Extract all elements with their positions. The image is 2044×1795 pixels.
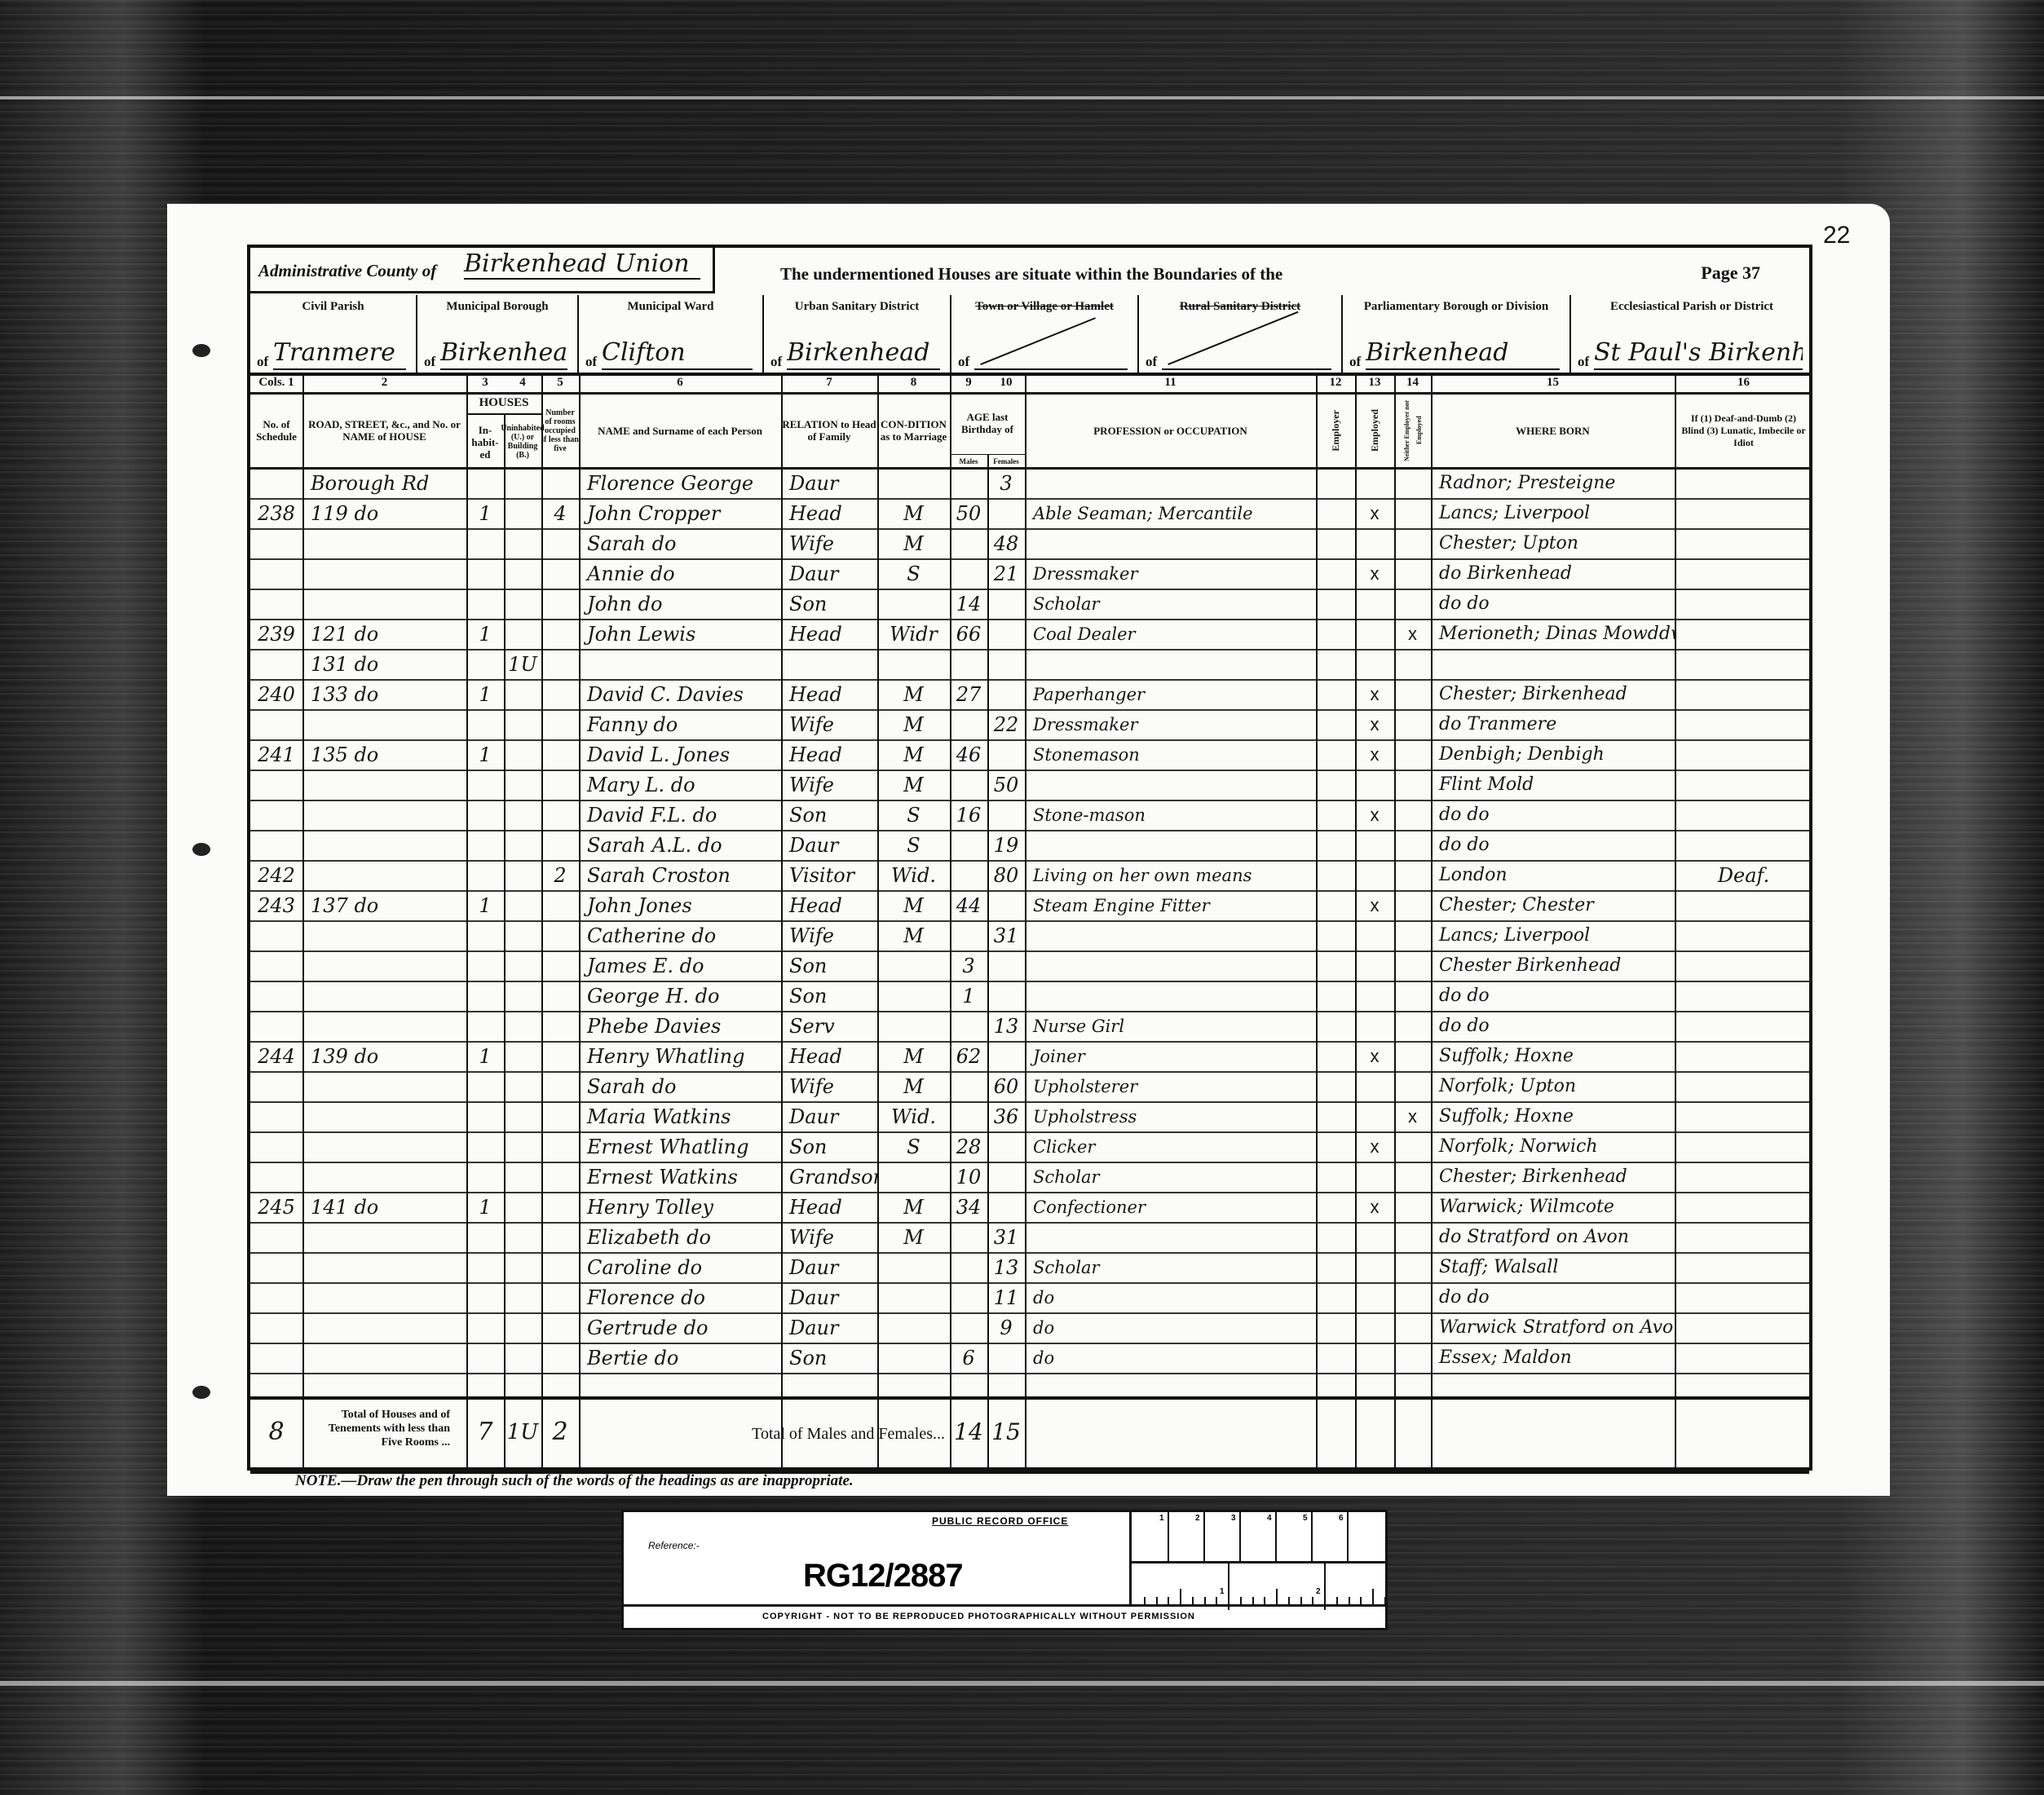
cell-rooms: 4 xyxy=(541,499,579,528)
total-houses-label: Total of Houses and of Tenements with le… xyxy=(311,1408,450,1449)
column-number: 15 xyxy=(1431,376,1675,390)
cell-male-age: 44 xyxy=(950,891,987,920)
cell-name: Sarah do xyxy=(579,1072,781,1101)
cell-female-age: 50 xyxy=(987,770,1025,800)
cell-name: John Cropper xyxy=(579,499,781,528)
table-row: 238119 do14John CropperHeadM50Able Seama… xyxy=(250,499,1809,529)
cell-male-age: 66 xyxy=(950,620,987,649)
area-value: Birkenhead xyxy=(1366,337,1560,370)
cell-schedule: 239 xyxy=(250,620,302,649)
cell-infirmity: Deaf. xyxy=(1675,861,1812,890)
cell-where-born: Flint Mold xyxy=(1431,770,1675,800)
header-houses: HOUSES xyxy=(466,394,541,412)
table-row: 243137 do1John JonesHeadM44Steam Engine … xyxy=(250,891,1809,921)
ruler-cm-label: 1 xyxy=(1159,1514,1164,1523)
area-rural-sanitary-district: Rural Sanitary Districtof xyxy=(1139,295,1343,375)
cell-relation: Head xyxy=(781,1193,877,1222)
header-relation: RELATION to Head of Family xyxy=(781,392,877,469)
cell-employed: x xyxy=(1355,559,1394,589)
cell-employed: x xyxy=(1355,1132,1394,1162)
cell-inhabited: 1 xyxy=(466,499,504,528)
county-value: Birkenhead Union xyxy=(464,249,700,280)
table-row: David F.L. doSonS16Stone-masonxdo do xyxy=(250,800,1809,831)
cell-relation: Daur xyxy=(781,831,877,860)
table-row: Sarah doWifeM60UpholstererNorfolk; Upton xyxy=(250,1072,1809,1102)
cell-name: David L. Jones xyxy=(579,740,781,770)
table-row: Ernest WatkinsGrandson10ScholarChester; … xyxy=(250,1162,1809,1193)
ruler-cm-line xyxy=(1347,1512,1349,1561)
cell-male-age: 27 xyxy=(950,680,987,709)
total-persons-label: Total of Males and Females... xyxy=(579,1419,945,1449)
cell-where-born: Norfolk; Upton xyxy=(1431,1072,1675,1101)
table-row: 245141 do1Henry TolleyHeadM34Confectione… xyxy=(250,1193,1809,1223)
cell-female-age: 48 xyxy=(987,529,1025,558)
cell-road: 137 do xyxy=(302,891,466,920)
cell-male-age: 14 xyxy=(950,589,987,619)
table-row: Borough RdFlorence GeorgeDaur3Radnor; Pr… xyxy=(250,469,1809,499)
of-label: of xyxy=(257,354,268,370)
table-row: Catherine doWifeM31Lancs; Liverpool xyxy=(250,921,1809,951)
page-label: Page 37 xyxy=(1701,262,1760,284)
cell-inhabited: 1 xyxy=(466,620,504,649)
cell-relation: Visitor xyxy=(781,861,877,890)
cell-where-born: do do xyxy=(1431,981,1675,1011)
table-row: Sarah A.L. doDaurS19do do xyxy=(250,831,1809,861)
cell-occupation: Dressmaker xyxy=(1025,559,1316,589)
cell-relation: Wife xyxy=(781,1072,877,1101)
cell-female-age: 13 xyxy=(987,1012,1025,1041)
area-title: Municipal Ward xyxy=(579,300,762,314)
cell-where-born: Staff; Walsall xyxy=(1431,1253,1675,1282)
cell-road: 119 do xyxy=(302,499,466,528)
cell-female-age: 31 xyxy=(987,921,1025,950)
scale-ruler: 12345612 xyxy=(1129,1512,1385,1607)
cell-female-age: 36 xyxy=(987,1102,1025,1131)
total-females: 15 xyxy=(987,1418,1025,1447)
cell-name: George H. do xyxy=(579,981,781,1011)
cell-condition: M xyxy=(877,529,950,558)
cell-name: Caroline do xyxy=(579,1253,781,1282)
cell-male-age: 62 xyxy=(950,1042,987,1071)
table-row: 2422Sarah CrostonVisitorWid.80Living on … xyxy=(250,861,1809,891)
cell-where-born: do do xyxy=(1431,831,1675,860)
cell-occupation: Scholar xyxy=(1025,1253,1316,1282)
cell-name: Elizabeth do xyxy=(579,1223,781,1252)
cell-relation: Wife xyxy=(781,921,877,950)
table-row: James E. doSon3Chester Birkenhead xyxy=(250,951,1809,981)
cell-employed: x xyxy=(1355,680,1394,709)
table-row: Sarah doWifeM48Chester; Upton xyxy=(250,529,1809,559)
of-label: of xyxy=(1578,354,1589,370)
cell-inhabited: 1 xyxy=(466,740,504,770)
cell-name: Annie do xyxy=(579,559,781,589)
ruler-cm-line xyxy=(1275,1512,1277,1561)
header-neither-text: Neither Employer nor Employed xyxy=(1401,392,1425,469)
column-number: 3 xyxy=(466,376,504,390)
cell-relation: Daur xyxy=(781,1313,877,1343)
cell-road: 133 do xyxy=(302,680,466,709)
cell-condition: S xyxy=(877,800,950,830)
cell-name: Maria Watkins xyxy=(579,1102,781,1131)
cell-relation: Son xyxy=(781,1132,877,1162)
cell-employed: x xyxy=(1355,800,1394,830)
table-row: 131 do1U xyxy=(250,650,1809,680)
copyright-notice: COPYRIGHT - NOT TO BE REPRODUCED PHOTOGR… xyxy=(624,1604,1385,1628)
cell-schedule: 243 xyxy=(250,891,302,920)
cell-relation: Son xyxy=(781,800,877,830)
cell-name: Sarah A.L. do xyxy=(579,831,781,860)
cell-relation: Son xyxy=(781,981,877,1011)
cell-road: 131 do xyxy=(302,650,466,679)
cell-condition: M xyxy=(877,1223,950,1252)
cell-road: 135 do xyxy=(302,740,466,770)
cell-male-age: 10 xyxy=(950,1162,987,1192)
area-municipal-ward: Municipal WardofClifton xyxy=(579,295,764,375)
area-value: Clifton xyxy=(602,337,753,370)
scan-streak xyxy=(0,1681,2044,1686)
table-row: George H. doSon1do do xyxy=(250,981,1809,1012)
cell-female-age: 13 xyxy=(987,1253,1025,1282)
area-title: Urban Sanitary District xyxy=(764,300,950,314)
cell-relation: Grandson xyxy=(781,1162,877,1192)
cell-relation: Serv xyxy=(781,1012,877,1041)
of-label: of xyxy=(1349,354,1361,370)
area-title: Civil Parish xyxy=(250,300,416,314)
cell-where-born: do do xyxy=(1431,1283,1675,1312)
cell-name: Ernest Whatling xyxy=(579,1132,781,1162)
column-number: 7 xyxy=(781,376,877,390)
cell-male-age: 34 xyxy=(950,1193,987,1222)
cell-occupation: do xyxy=(1025,1283,1316,1312)
header-road: ROAD, STREET, &c., and No. or NAME of HO… xyxy=(302,392,466,469)
cell-where-born: London xyxy=(1431,861,1675,890)
cell-condition: S xyxy=(877,1132,950,1162)
cell-female-age: 19 xyxy=(987,831,1025,860)
footnote: NOTE.—Draw the pen through such of the w… xyxy=(295,1472,854,1490)
cell-name: John do xyxy=(579,589,781,619)
county-box: Administrative County of Birkenhead Unio… xyxy=(250,248,715,293)
cell-condition: M xyxy=(877,710,950,739)
cell-relation: Son xyxy=(781,589,877,619)
cell-occupation: Coal Dealer xyxy=(1025,620,1316,649)
cell-employed: x xyxy=(1355,740,1394,770)
cell-condition: S xyxy=(877,559,950,589)
table-row: 239121 do1John LewisHeadWidr66Coal Deale… xyxy=(250,620,1809,650)
area-value xyxy=(1162,368,1331,370)
cell-occupation: Upholsterer xyxy=(1025,1072,1316,1101)
cell-where-born: Warwick Stratford on Avon xyxy=(1431,1313,1675,1343)
cell-condition: M xyxy=(877,1193,950,1222)
column-number: 13 xyxy=(1355,376,1394,390)
cell-name: David C. Davies xyxy=(579,680,781,709)
of-label: of xyxy=(585,354,597,370)
cell-occupation: do xyxy=(1025,1313,1316,1343)
cell-where-born: Suffolk; Hoxne xyxy=(1431,1102,1675,1131)
cell-name: Florence do xyxy=(579,1283,781,1312)
header-employer: Employer xyxy=(1316,392,1355,469)
header-neither: Neither Employer nor Employed xyxy=(1394,392,1431,469)
of-label: of xyxy=(958,354,969,370)
table-row: Florence doDaur11dodo do xyxy=(250,1283,1809,1313)
column-number: 10 xyxy=(987,376,1025,390)
cell-condition: M xyxy=(877,499,950,528)
cell-male-age: 6 xyxy=(950,1343,987,1373)
cell-name: Sarah do xyxy=(579,529,781,558)
cell-where-born: Denbigh; Denbigh xyxy=(1431,740,1675,770)
area-urban-sanitary-district: Urban Sanitary DistrictofBirkenhead xyxy=(764,295,951,375)
column-number: 2 xyxy=(302,376,466,390)
cell-occupation: Paperhanger xyxy=(1025,680,1316,709)
cell-name: Phebe Davies xyxy=(579,1012,781,1041)
cell-uninhabited: 1U xyxy=(504,650,541,679)
cell-male-age: 50 xyxy=(950,499,987,528)
header-employer-text: Employer xyxy=(1330,410,1342,452)
cell-condition: M xyxy=(877,921,950,950)
strike-line xyxy=(980,317,1096,365)
county-label: Administrative County of xyxy=(258,261,436,281)
area-ecclesiastical-parish-or-district: Ecclesiastical Parish or DistrictofSt Pa… xyxy=(1571,295,1812,375)
reference-label: Reference:- xyxy=(648,1540,700,1551)
header-employed: Employed xyxy=(1355,392,1394,469)
cell-relation: Head xyxy=(781,499,877,528)
header-where_born: WHERE BORN xyxy=(1431,392,1675,469)
cell-employed: x xyxy=(1355,710,1394,739)
cell-occupation: Dressmaker xyxy=(1025,710,1316,739)
cell-male-age: 46 xyxy=(950,740,987,770)
cell-condition: M xyxy=(877,770,950,800)
cell-female-age: 9 xyxy=(987,1313,1025,1343)
area-value: Birkenhead xyxy=(787,337,940,370)
cell-schedule: 244 xyxy=(250,1042,302,1071)
area-title: Parliamentary Borough or Division xyxy=(1343,300,1569,314)
area-value: Birkenhead xyxy=(440,337,567,370)
cell-condition: Wid. xyxy=(877,861,950,890)
cell-where-born: Lancs; Liverpool xyxy=(1431,921,1675,950)
cell-inhabited: 1 xyxy=(466,1042,504,1071)
cell-occupation: Scholar xyxy=(1025,589,1316,619)
cell-female-age: 22 xyxy=(987,710,1025,739)
cell-male-age: 1 xyxy=(950,981,987,1011)
total-males: 14 xyxy=(950,1418,987,1447)
cell-where-born: Chester; Birkenhead xyxy=(1431,680,1675,709)
cell-schedule: 242 xyxy=(250,861,302,890)
area-value: Tranmere xyxy=(273,337,406,370)
header-employed-text: Employed xyxy=(1369,409,1381,452)
cell-relation: Daur xyxy=(781,1283,877,1312)
column-number: Cols. 1 xyxy=(250,376,302,390)
cell-relation: Head xyxy=(781,740,877,770)
cell-employed: x xyxy=(1355,1193,1394,1222)
ruler-inch-label: 1 xyxy=(1220,1587,1225,1596)
cell-where-born: Chester Birkenhead xyxy=(1431,951,1675,981)
cell-relation: Head xyxy=(781,1042,877,1071)
area-title: Ecclesiastical Parish or District xyxy=(1571,300,1812,314)
cell-name: Sarah Croston xyxy=(579,861,781,890)
cell-where-born: do do xyxy=(1431,1012,1675,1041)
area-title: Town or Village or Hamlet xyxy=(951,300,1137,314)
cell-name: Henry Whatling xyxy=(579,1042,781,1071)
area-municipal-borough: Municipal BoroughofBirkenhead xyxy=(417,295,579,375)
total-uninhabited: 1U xyxy=(504,1418,541,1447)
cell-occupation: Upholstress xyxy=(1025,1102,1316,1131)
cell-where-born: do do xyxy=(1431,589,1675,619)
area-town-or-village-or-hamlet: Town or Village or Hamletof xyxy=(951,295,1139,375)
reference-code: RG12/2887 xyxy=(803,1558,963,1594)
table-row: Ernest WhatlingSonS28ClickerxNorfolk; No… xyxy=(250,1132,1809,1162)
cell-neither: x xyxy=(1394,1102,1431,1131)
area-parliamentary-borough-or-division: Parliamentary Borough or DivisionofBirke… xyxy=(1343,295,1571,375)
cell-where-born: do Tranmere xyxy=(1431,710,1675,739)
cell-where-born: do Birkenhead xyxy=(1431,559,1675,589)
column-number: 6 xyxy=(579,376,781,390)
header-condition: CON-DITION as to Marriage xyxy=(877,392,950,469)
cell-employed: x xyxy=(1355,499,1394,528)
cell-name: Florence George xyxy=(579,469,781,498)
cell-occupation: Clicker xyxy=(1025,1132,1316,1162)
total-schedules: 8 xyxy=(250,1418,302,1447)
divider xyxy=(250,1396,1809,1400)
header-schedule: No. of Schedule xyxy=(250,392,302,469)
cell-condition: Widr xyxy=(877,620,950,649)
ruler-cm-line xyxy=(1311,1512,1313,1561)
header-rooms: Number of rooms occupied if less than fi… xyxy=(541,392,579,469)
cell-relation: Head xyxy=(781,680,877,709)
column-number: 12 xyxy=(1316,376,1355,390)
of-label: of xyxy=(424,354,435,370)
area-value xyxy=(974,368,1128,370)
cell-occupation: Joiner xyxy=(1025,1042,1316,1071)
cell-name: Gertrude do xyxy=(579,1313,781,1343)
cell-where-born: Chester; Upton xyxy=(1431,529,1675,558)
cell-male-age: 16 xyxy=(950,800,987,830)
table-row: 240133 do1David C. DaviesHeadM27Paperhan… xyxy=(250,680,1809,710)
column-number: 4 xyxy=(504,376,541,390)
row-rule xyxy=(250,1373,1809,1374)
cell-road: 139 do xyxy=(302,1042,466,1071)
cell-male-age: 3 xyxy=(950,951,987,981)
cell-where-born: Radnor; Presteigne xyxy=(1431,469,1675,498)
cell-occupation: Living on her own means xyxy=(1025,861,1316,890)
header-inhabited: In-habit-ed xyxy=(466,415,504,469)
column-number: 16 xyxy=(1675,376,1812,390)
cell-relation: Son xyxy=(781,951,877,981)
ruler-cm-label: 4 xyxy=(1267,1514,1272,1523)
cell-occupation: Nurse Girl xyxy=(1025,1012,1316,1041)
cell-inhabited: 1 xyxy=(466,891,504,920)
cell-name: Bertie do xyxy=(579,1343,781,1373)
cell-female-age: 11 xyxy=(987,1283,1025,1312)
header-name: NAME and Surname of each Person xyxy=(579,392,781,469)
ruler-inch-label: 2 xyxy=(1316,1587,1321,1596)
cell-relation: Wife xyxy=(781,770,877,800)
cell-condition: M xyxy=(877,1072,950,1101)
column-number: 8 xyxy=(877,376,950,390)
scan-streak xyxy=(0,96,2044,99)
area-value: St Paul's Birkenhead xyxy=(1594,337,1803,370)
cell-where-born: Chester; Birkenhead xyxy=(1431,1162,1675,1192)
ruler-cm-line xyxy=(1203,1512,1205,1561)
cell-schedule: 238 xyxy=(250,499,302,528)
cell-employed: x xyxy=(1355,1042,1394,1071)
cell-schedule: 245 xyxy=(250,1193,302,1222)
ruler-cm-label: 6 xyxy=(1339,1514,1344,1523)
table-row: John doSon14Scholardo do xyxy=(250,589,1809,620)
cell-name: John Lewis xyxy=(579,620,781,649)
cell-where-born: Chester; Chester xyxy=(1431,891,1675,920)
punch-hole xyxy=(192,1386,210,1399)
column-number: 11 xyxy=(1025,376,1316,390)
cell-relation: Wife xyxy=(781,710,877,739)
cell-occupation: do xyxy=(1025,1343,1316,1373)
census-form: Administrative County of Birkenhead Unio… xyxy=(247,245,1812,1471)
ruler-cm-line xyxy=(1239,1512,1241,1561)
total-rooms: 2 xyxy=(541,1418,579,1447)
cell-inhabited: 1 xyxy=(466,1193,504,1222)
ruler-cm-line xyxy=(1168,1512,1169,1561)
cell-name: Catherine do xyxy=(579,921,781,950)
cell-female-age: 60 xyxy=(987,1072,1025,1101)
cell-relation: Daur xyxy=(781,559,877,589)
table-row: Caroline doDaur13ScholarStaff; Walsall xyxy=(250,1253,1809,1283)
cell-employed: x xyxy=(1355,891,1394,920)
cell-condition: M xyxy=(877,1042,950,1071)
cell-relation: Daur xyxy=(781,1253,877,1282)
total-inhabited: 7 xyxy=(466,1418,504,1447)
table-row: Elizabeth doWifeM31do Stratford on Avon xyxy=(250,1223,1809,1253)
cell-occupation: Confectioner xyxy=(1025,1193,1316,1222)
cell-where-born: do do xyxy=(1431,800,1675,830)
cell-name: John Jones xyxy=(579,891,781,920)
reference-card: PUBLIC RECORD OFFICE Reference:- RG12/28… xyxy=(621,1510,1388,1630)
cell-road: 141 do xyxy=(302,1193,466,1222)
cell-condition: S xyxy=(877,831,950,860)
cell-inhabited: 1 xyxy=(466,680,504,709)
punch-hole xyxy=(192,843,210,856)
cell-relation: Daur xyxy=(781,469,877,498)
cell-occupation: Able Seaman; Mercantile xyxy=(1025,499,1316,528)
table-row: Fanny doWifeM22Dressmakerxdo Tranmere xyxy=(250,710,1809,740)
cell-schedule: 240 xyxy=(250,680,302,709)
table-row: Phebe DaviesServ13Nurse Girldo do xyxy=(250,1012,1809,1042)
cell-female-age: 80 xyxy=(987,861,1025,890)
cell-relation: Wife xyxy=(781,1223,877,1252)
area-title: Municipal Borough xyxy=(417,300,577,314)
ruler-cm-label: 5 xyxy=(1303,1514,1308,1523)
cell-where-born: Essex; Maldon xyxy=(1431,1343,1675,1373)
folio-number: 22 xyxy=(1823,222,1850,249)
cell-name: Mary L. do xyxy=(579,770,781,800)
cell-occupation: Stone-mason xyxy=(1025,800,1316,830)
area-title: Rural Sanitary District xyxy=(1139,300,1341,314)
cell-female-age: 3 xyxy=(987,469,1025,498)
cell-rooms: 2 xyxy=(541,861,579,890)
column-number: 14 xyxy=(1394,376,1431,390)
cell-condition: M xyxy=(877,891,950,920)
cell-where-born: do Stratford on Avon xyxy=(1431,1223,1675,1252)
header-infirmity: If (1) Deaf-and-Dumb (2) Blind (3) Lunat… xyxy=(1675,392,1812,469)
cell-name: Henry Tolley xyxy=(579,1193,781,1222)
cell-relation: Head xyxy=(781,891,877,920)
cell-occupation: Scholar xyxy=(1025,1162,1316,1192)
table-row: Maria WatkinsDaurWid.36UpholstressxSuffo… xyxy=(250,1102,1809,1132)
cell-road: 121 do xyxy=(302,620,466,649)
of-label: of xyxy=(1146,354,1157,370)
header-occupation: PROFESSION or OCCUPATION xyxy=(1025,392,1316,469)
ruler-cm-label: 2 xyxy=(1195,1514,1200,1523)
cell-name: Ernest Watkins xyxy=(579,1162,781,1192)
boundary-statement: The undermentioned Houses are situate wi… xyxy=(780,264,1282,284)
cell-name: David F.L. do xyxy=(579,800,781,830)
